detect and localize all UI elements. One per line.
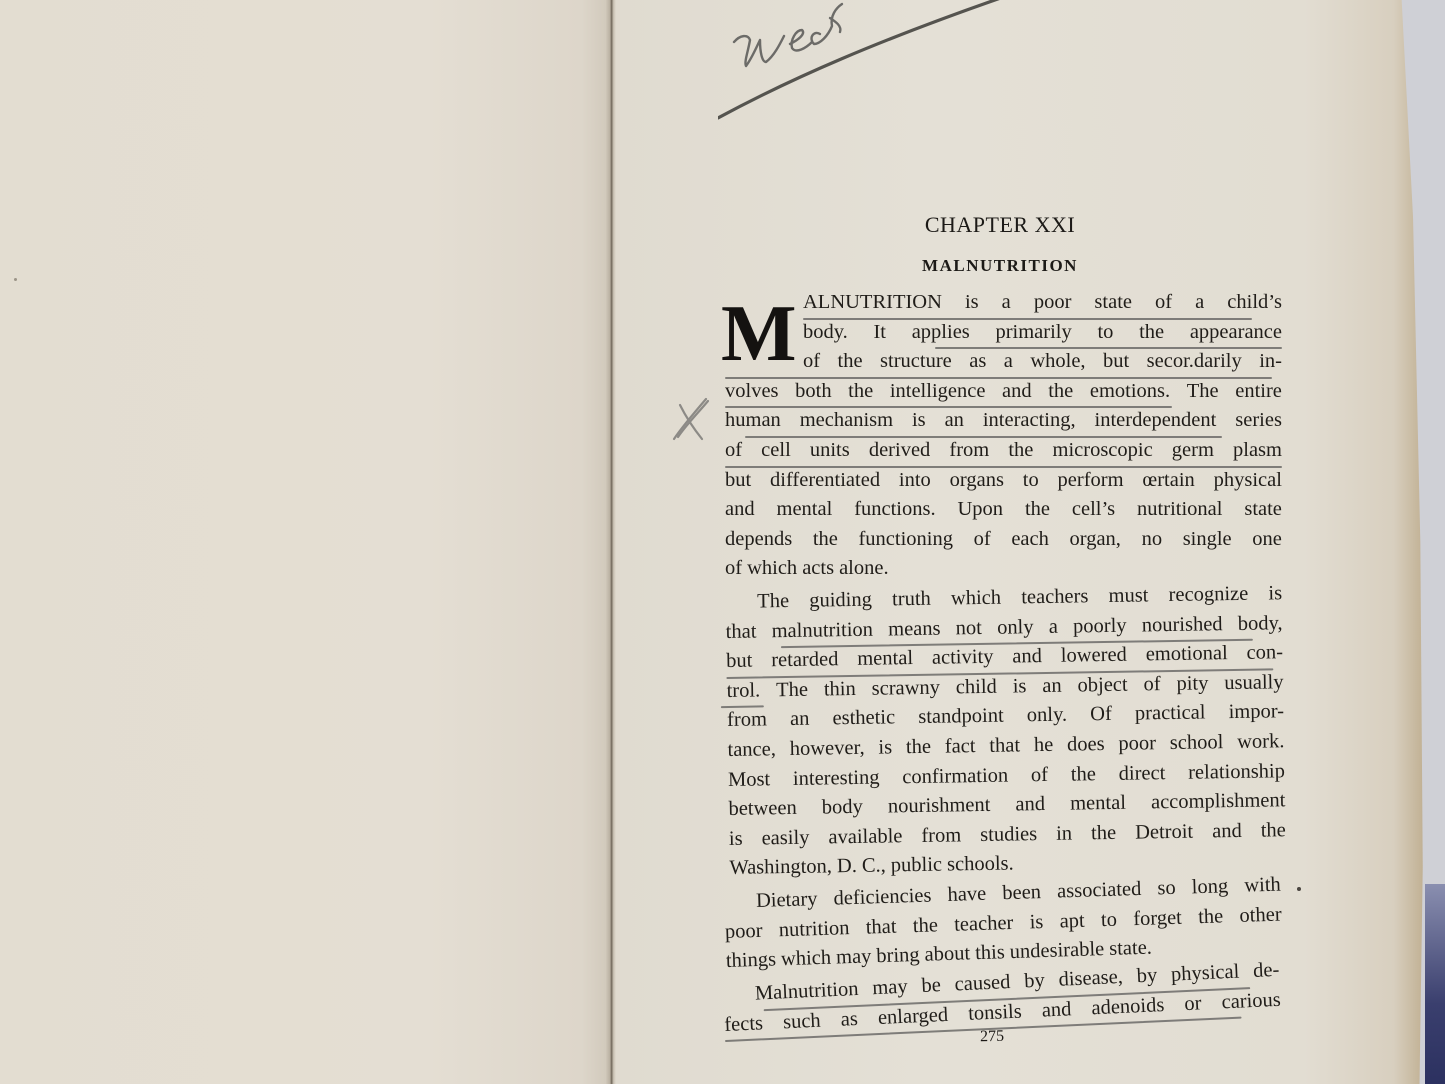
chapter-title: MALNUTRITION xyxy=(700,256,1300,276)
book-gutter xyxy=(606,0,616,1084)
text-line: ofthestructureasawhole,butsecor.darilyin… xyxy=(725,347,1282,377)
pencil-margin-x: X xyxy=(672,395,712,443)
text-line: volvesboththeintelligenceandtheemotions.… xyxy=(725,377,1282,407)
left-page-blank xyxy=(0,0,612,1084)
text-line: andmentalfunctions.Uponthecell’snutritio… xyxy=(725,495,1282,525)
text-line: ofcellunitsderivedfromthemicroscopicgerm… xyxy=(725,436,1282,466)
paper-speck xyxy=(1297,887,1301,891)
text-line: body.Itappliesprimarilytotheappearance xyxy=(725,318,1282,348)
pencil-handwriting-wed: Wed xyxy=(718,0,1018,125)
text-line: humanmechanismisaninteracting,interdepen… xyxy=(725,406,1282,436)
text-line: butdifferentiatedintoorganstoperformœrta… xyxy=(725,466,1282,496)
backdrop-blue-cloth xyxy=(1425,884,1445,1084)
text-line: dependsthefunctioningofeachorgan,nosingl… xyxy=(725,525,1282,555)
paper-speck xyxy=(14,278,17,281)
text-line: ofwhichactsalone. xyxy=(725,554,1282,584)
chapter-number: CHAPTER XXI xyxy=(700,212,1300,238)
text-line: ALNUTRITIONisapoorstateofachild’s xyxy=(725,288,1282,318)
body-text: M ALNUTRITIONisapoorstateofachild’s body… xyxy=(725,288,1282,1044)
paragraph-2: Theguidingtruthwhichteachersmustrecogniz… xyxy=(725,579,1287,884)
page-number: 275 xyxy=(980,1028,1004,1046)
paragraph-1: M ALNUTRITIONisapoorstateofachild’s body… xyxy=(725,288,1282,584)
